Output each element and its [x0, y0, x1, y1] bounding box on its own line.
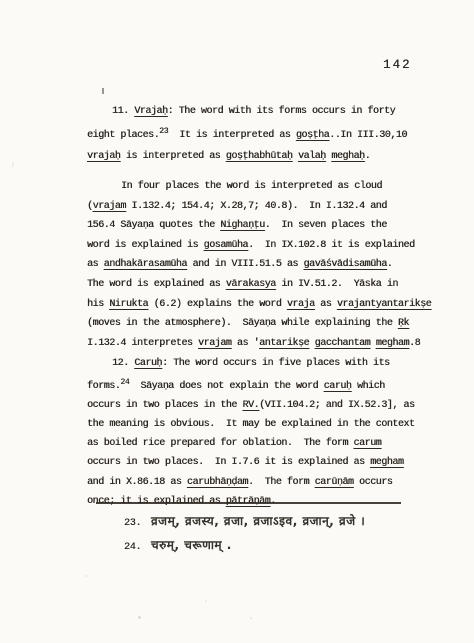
scan-speck	[205, 600, 207, 602]
footnote-number: 23.	[124, 518, 151, 529]
underlined-term: andhakārasamūha	[104, 259, 187, 270]
text-run: as boiled rice prepared for oblation. Th…	[87, 438, 353, 449]
text-run: 12.	[112, 358, 134, 369]
text-run: eight places.	[87, 130, 159, 141]
text-line: eight places.23 It is interpreted as goṣ…	[87, 122, 425, 146]
underlined-term: carum	[353, 438, 381, 449]
underlined-term: valaḥ	[298, 151, 326, 162]
text-line: as andhakārasamūha and in VIII.51.5 as g…	[87, 255, 425, 275]
text-run: 156.4 Sāyaṇa quotes the	[87, 220, 220, 231]
footnote: 24.चरुम्, चरूणाम् .	[124, 536, 365, 553]
text-line: vrajaḥ is interpreted as goṣṭhabhūtaḥ va…	[87, 147, 425, 167]
underlined-term: vārakasya	[226, 279, 276, 290]
text-line: occurs in two places. In I.7.6 it is exp…	[87, 453, 425, 472]
text-run: . The form	[248, 477, 315, 488]
text-line: the meaning is obvious. It may be explai…	[87, 415, 425, 434]
underlined-term: carubhāṇḍam	[187, 477, 248, 488]
text-run: forms.	[87, 381, 120, 392]
text-line: forms.24 Sāyaṇa does not explain the wor…	[87, 373, 425, 396]
text-run: : The word occurs in five places with it…	[162, 358, 390, 369]
underlined-term: gavāśvādisamūha	[304, 259, 387, 270]
text-run: ..In III.30,10	[329, 130, 407, 141]
text-run: (VII.104.2; and IX.52.3], as	[259, 400, 414, 411]
underlined-term: vrajam	[93, 201, 126, 212]
scan-speck	[250, 617, 252, 619]
text-run: In four places the word is interpreted a…	[121, 181, 382, 192]
text-run: the meaning is obvious. It may be explai…	[87, 419, 415, 430]
underlined-term: vraja	[287, 299, 315, 310]
scan-speck	[138, 616, 141, 619]
text-line: I.132.4 interpretes vrajam as 'antarikṣe…	[87, 334, 425, 354]
footnote-reference: 23	[159, 127, 168, 136]
text-run: . In seven places the	[265, 220, 387, 231]
paragraph-11-vrajah: 11. Vrajaḥ: The word with its forms occu…	[87, 102, 425, 167]
text-run: and in VIII.51.5 as	[187, 259, 304, 270]
text-run: (6.2) explains the word	[148, 299, 287, 310]
underlined-term: vrajantyantarikṣe	[337, 299, 431, 310]
scan-speck	[85, 575, 87, 577]
underlined-term: gosamūha	[204, 240, 248, 251]
underlined-term: Nighaṇṭu	[220, 220, 264, 231]
scan-speck	[12, 162, 14, 167]
text-line: word is explained is gosamūha. In IX.102…	[87, 236, 425, 256]
underlined-term: caruḥ	[324, 381, 352, 392]
footnote: 23.व्रजम्, व्रजस्य, व्रजा, व्रजाऽइव, व्र…	[124, 512, 365, 529]
text-run: : The word with its forms occurs in fort…	[168, 106, 396, 117]
text-run: which	[351, 381, 384, 392]
text-line: and in X.86.18 as carubhāṇḍam. The form …	[87, 473, 425, 492]
text-line: (vrajam I.132.4; 154.4; X.28,7; 40.8). I…	[87, 197, 425, 217]
footnote-number: 24.	[124, 542, 151, 553]
underlined-term: Ṛk	[398, 318, 409, 329]
text-run: (moves in the atmosphere). Sāyaṇa while …	[87, 318, 398, 329]
text-run: The word is explained as	[87, 279, 226, 290]
underlined-term: goṣṭha	[296, 130, 329, 141]
text-run: as	[87, 259, 104, 270]
underlined-term: antarikṣe	[259, 338, 309, 349]
paragraph-12-caruh: 12. Caruḥ: The word occurs in five place…	[87, 354, 425, 511]
text-run: occurs in two places in the	[87, 400, 242, 411]
text-run: . In IX.102.8 it is explained	[248, 240, 415, 251]
text-run: as	[315, 299, 337, 310]
text-run: word is explained is	[87, 240, 204, 251]
footnotes: 23.व्रजम्, व्रजस्य, व्रजा, व्रजाऽइव, व्र…	[124, 512, 365, 560]
text-line: In four places the word is interpreted a…	[87, 177, 425, 197]
text-run: occurs	[353, 477, 392, 488]
text-run: Sāyaṇa does not explain the word	[129, 381, 323, 392]
underlined-term: gacchantam	[315, 338, 371, 349]
text-run: I.132.4 interpretes	[87, 338, 198, 349]
footnote-devanagari-text: व्रजम्, व्रजस्य, व्रजा, व्रजाऽइव, व्रजान…	[151, 512, 365, 529]
footnote-separator	[96, 502, 401, 504]
underlined-term: meghaḥ	[331, 151, 364, 162]
text-run: It is interpreted as	[168, 130, 296, 141]
text-line: his Nirukta (6.2) explains the word vraj…	[87, 295, 425, 315]
text-run: .	[387, 259, 393, 270]
text-run: .8	[409, 338, 420, 349]
scanned-page: 142 11. Vrajaḥ: The word with its forms …	[0, 0, 474, 643]
text-line: as boiled rice prepared for oblation. Th…	[87, 434, 425, 453]
underlined-term: Vrajaḥ	[134, 106, 167, 117]
underlined-term: Caruḥ	[134, 358, 162, 369]
stray-mark	[102, 88, 104, 94]
text-run: 11.	[112, 106, 134, 117]
text-run: .	[365, 151, 371, 162]
text-line: 11. Vrajaḥ: The word with its forms occu…	[87, 102, 425, 122]
text-line: 156.4 Sāyaṇa quotes the Nighaṇṭu. In sev…	[87, 216, 425, 236]
text-run: and in X.86.18 as	[87, 477, 187, 488]
underlined-term: RV.	[242, 400, 259, 411]
text-line: 12. Caruḥ: The word occurs in five place…	[87, 354, 425, 373]
text-run: his	[87, 299, 109, 310]
text-line: (moves in the atmosphere). Sāyaṇa while …	[87, 314, 425, 334]
underlined-term: goṣṭhabhūtaḥ	[226, 151, 293, 162]
text-line: occurs in two places in the RV.(VII.104.…	[87, 396, 425, 415]
text-run: occurs in two places. In I.7.6 it is exp…	[87, 457, 370, 468]
text-run: in IV.51.2. Yāska in	[276, 279, 398, 290]
text-line: The word is explained as vārakasya in IV…	[87, 275, 425, 295]
footnote-devanagari-text: चरुम्, चरूणाम् .	[151, 536, 232, 553]
footnote-reference: 24	[120, 378, 129, 387]
page-number: 142	[383, 58, 412, 72]
text-run: I.132.4; 154.4; X.28,7; 40.8). In I.132.…	[126, 201, 387, 212]
underlined-term: megham	[376, 338, 409, 349]
underlined-term: megham	[370, 457, 403, 468]
text-run: as '	[231, 338, 259, 349]
underlined-term: Nirukta	[109, 299, 148, 310]
underlined-term: vrajaḥ	[87, 151, 120, 162]
text-run: is interpreted as	[120, 151, 225, 162]
underlined-term: carūṇām	[315, 477, 354, 488]
underlined-term: vrajam	[198, 338, 231, 349]
paragraph-vrajah-cloud-discussion: In four places the word is interpreted a…	[87, 177, 425, 353]
